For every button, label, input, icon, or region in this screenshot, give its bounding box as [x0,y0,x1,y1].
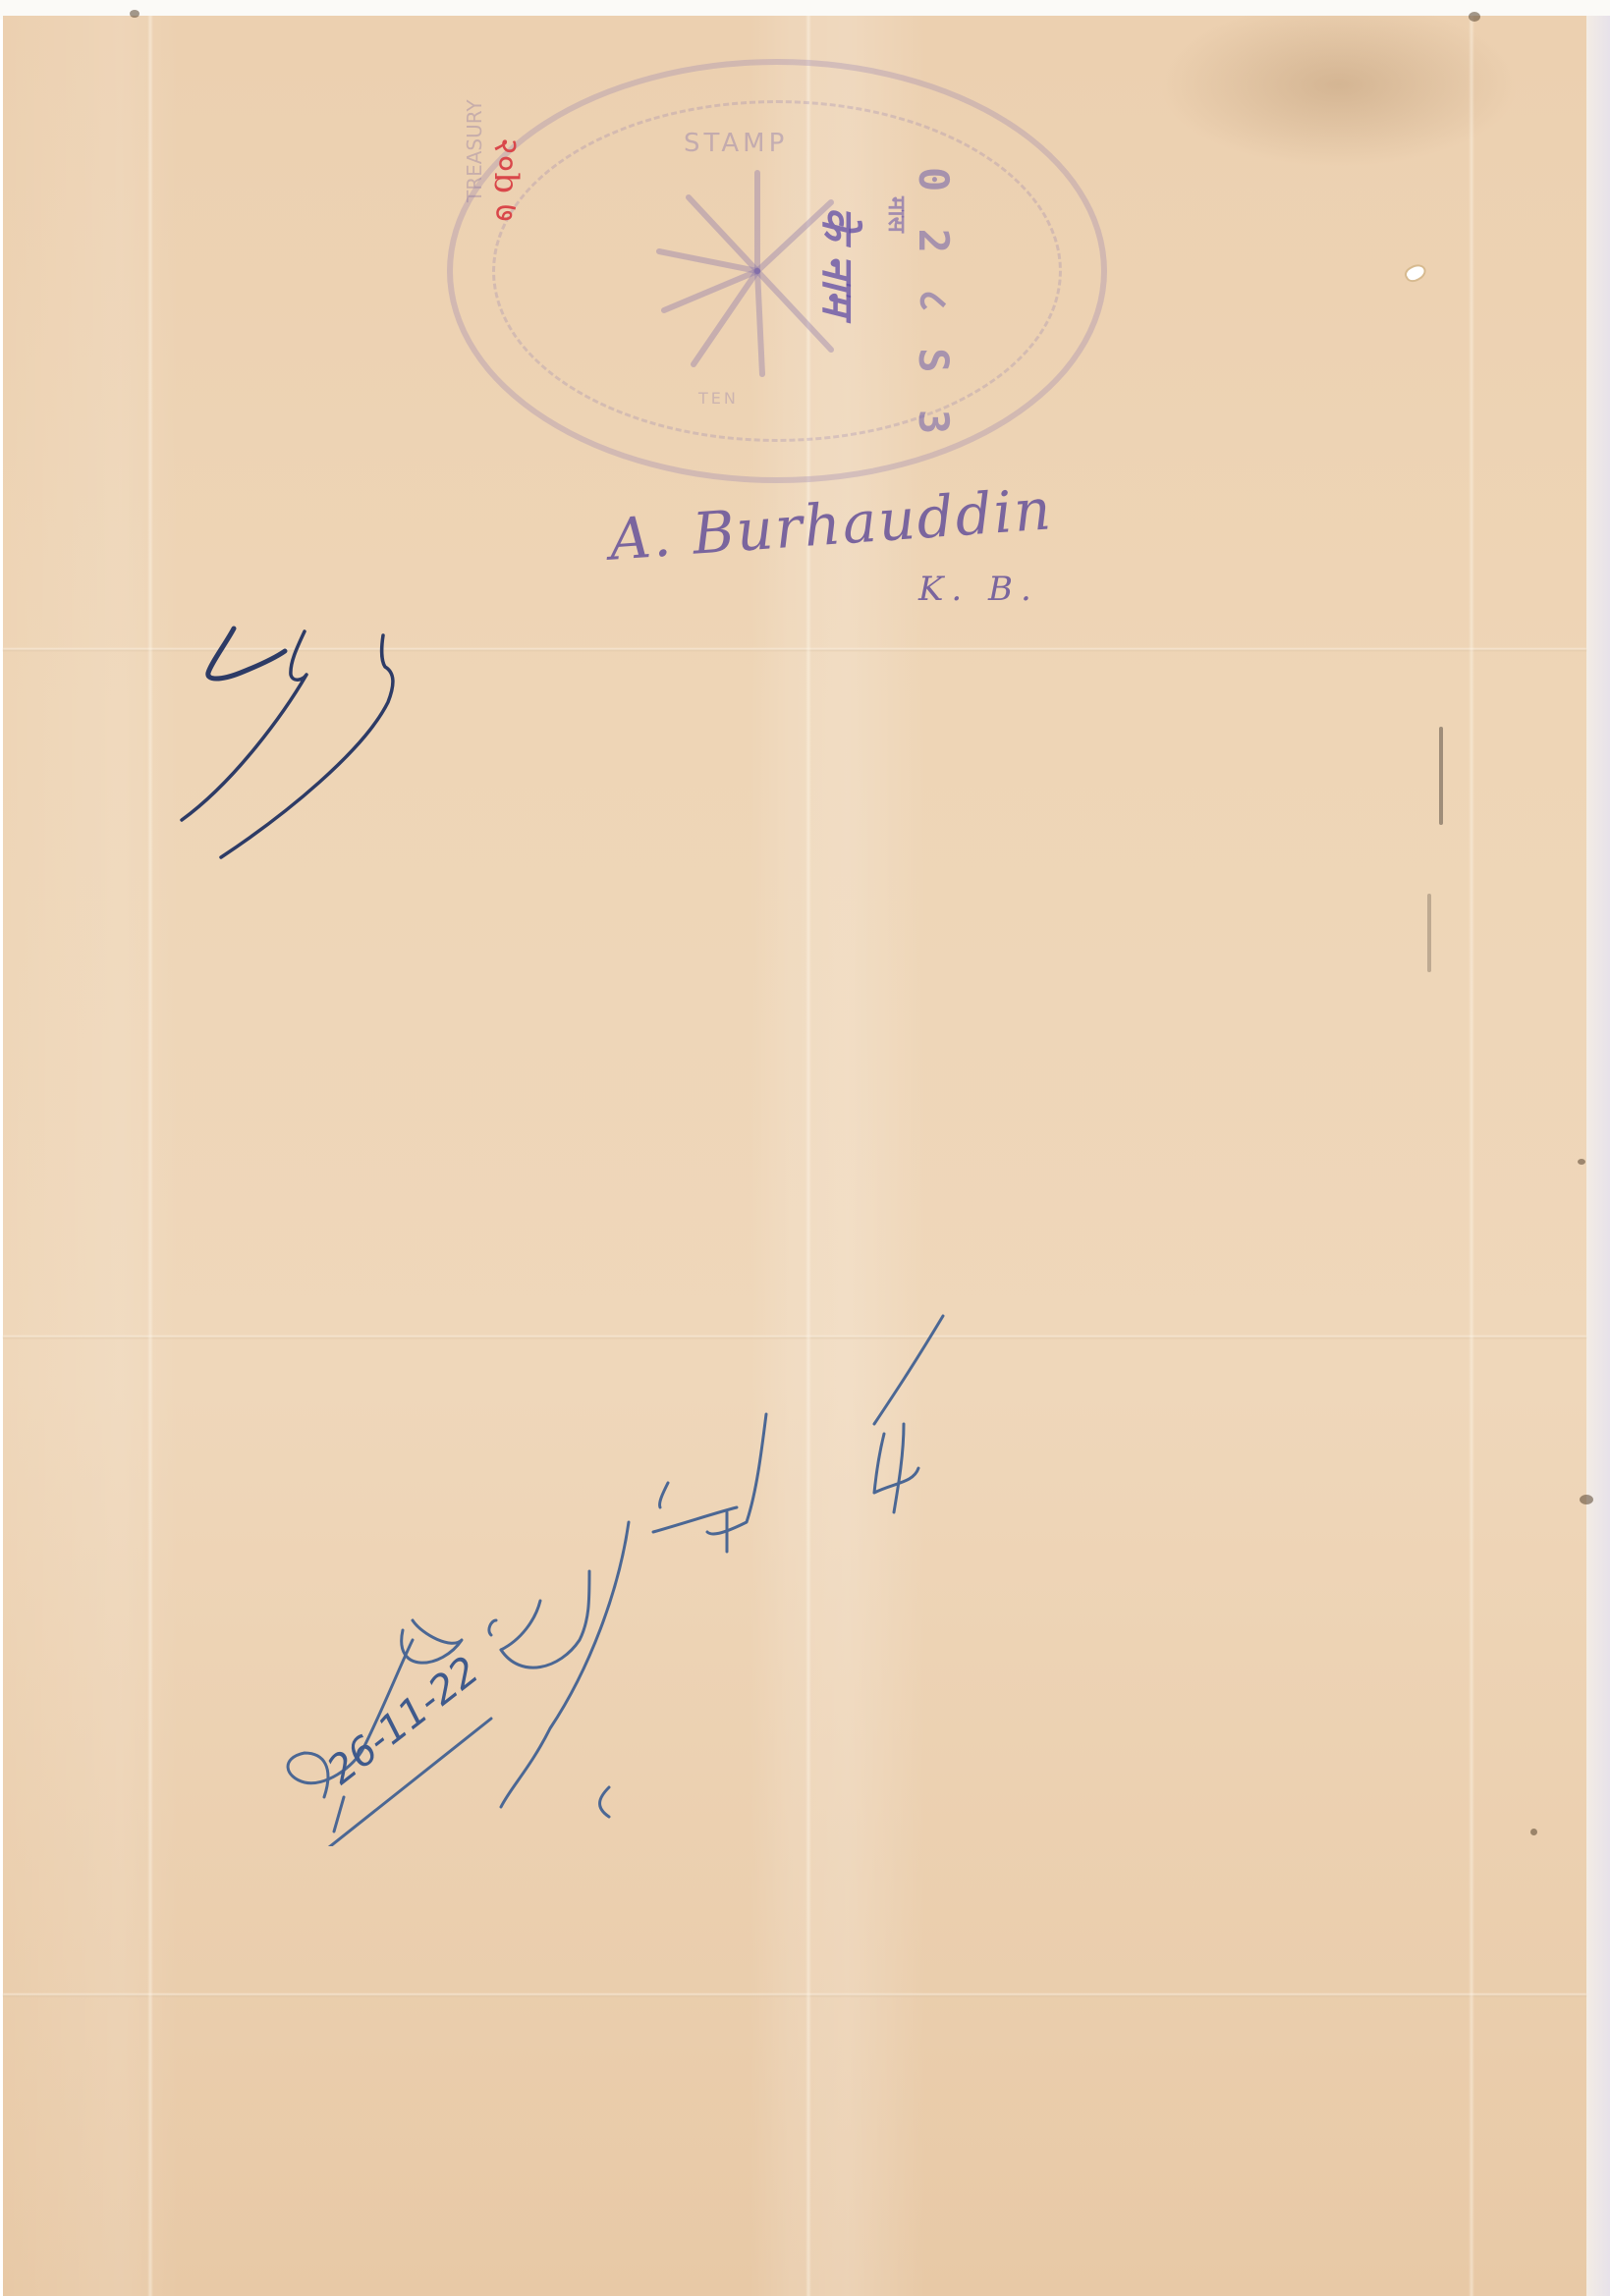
stain-spot [1578,1159,1585,1165]
fold-line-vertical [147,16,153,2296]
stain-spot [130,10,139,18]
stain-spot [1580,1495,1593,1504]
ink-streak [1439,727,1443,825]
date-stamp-number: 0 2 ८ S 3 [907,167,963,440]
stamp-center-word: STAMP [684,129,788,158]
scanner-edge-shadow [1586,16,1610,2296]
ink-streak [1427,894,1431,972]
date-stamp-mark: के नाम [810,206,869,315]
stamp-bottom-word: TEN [698,389,739,408]
stamp-side-text: TREASURY [463,99,486,202]
fold-line-horizontal [3,1994,1586,1996]
rubber-stamp-impression: STAMP TEN TREASURY [447,59,1107,483]
fold-line-vertical [1469,16,1474,2296]
stain-spot [1469,12,1480,22]
stain-spot [1530,1829,1537,1835]
signature-initials: K. B. [918,570,1039,609]
date-stamp-label: मास [881,196,914,233]
red-pencil-note: २०b ७ [485,137,530,222]
